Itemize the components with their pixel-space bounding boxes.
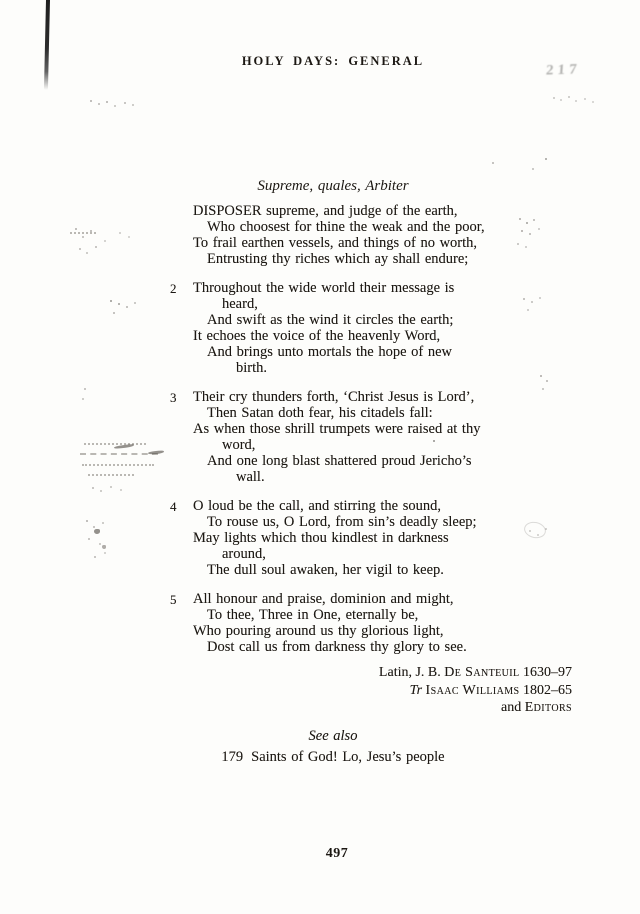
see-also-hymn-title: Saints of God! Lo, Jesu’s people — [251, 749, 444, 765]
verse-line: The dull soul awaken, her vigil to keep. — [193, 562, 523, 578]
verse-line: May lights which thou kindlest in darkne… — [193, 530, 523, 546]
verse-line: To frail earthen vessels, and things of … — [193, 235, 523, 251]
verse-line: Then Satan doth fear, his citadels fall: — [193, 405, 523, 421]
verse-line: Who pouring around us thy glorious light… — [193, 623, 523, 639]
attribution-dates: 1630–97 — [520, 665, 573, 680]
hymn-title: Supreme, quales, Arbiter — [26, 178, 640, 195]
attribution-line: Tr Isaac Williams 1802–65 — [379, 682, 572, 700]
scan-scuff — [82, 464, 154, 466]
page-number: 497 — [30, 846, 640, 862]
attribution-prefix: Latin, J. B. — [379, 665, 444, 680]
verse-line: As when those shrill trumpets were raise… — [193, 421, 523, 437]
verse: 2Throughout the wide world their message… — [193, 280, 523, 376]
verse-line: DISPOSER supreme, and judge of the earth… — [193, 203, 523, 219]
verse-line: Entrusting thy riches which ay shall end… — [193, 251, 523, 267]
verse-line: word, — [193, 437, 523, 453]
scan-blob — [102, 545, 106, 549]
scan-blob — [94, 529, 100, 534]
attribution-block: Latin, J. B. De Santeuil 1630–97Tr Isaac… — [379, 664, 572, 717]
verse-line: around, — [193, 546, 523, 562]
attribution-dates: 1802–65 — [520, 683, 573, 698]
verse-line: wall. — [193, 469, 523, 485]
translator-prefix: Tr — [410, 683, 426, 698]
verse-number: 2 — [170, 281, 177, 297]
verse: DISPOSER supreme, and judge of the earth… — [193, 203, 523, 267]
see-also-heading: See also — [26, 728, 640, 745]
verse-number: 3 — [170, 390, 177, 406]
verse-line: Their cry thunders forth, ‘Christ Jesus … — [193, 389, 523, 405]
scan-ink-streak — [44, 0, 50, 90]
stray-print-mark: 217 — [545, 61, 581, 79]
verse-line: It echoes the voice of the heavenly Word… — [193, 328, 523, 344]
verse-line: O loud be the call, and stirring the sou… — [193, 498, 523, 514]
scan-scuff — [88, 474, 134, 476]
attribution-line: and Editors — [379, 699, 572, 717]
verse-line: All honour and praise, dominion and migh… — [193, 591, 523, 607]
verse-line: Dost call us from darkness thy glory to … — [193, 639, 523, 655]
verse-line: Throughout the wide world their message … — [193, 280, 523, 296]
scan-scuff — [80, 453, 158, 455]
verse-line: And one long blast shattered proud Jeric… — [193, 453, 523, 469]
verse: 4O loud be the call, and stirring the so… — [193, 498, 523, 578]
verse-line: To thee, Three in One, eternally be, — [193, 607, 523, 623]
verse: 3Their cry thunders forth, ‘Christ Jesus… — [193, 389, 523, 485]
scan-arc-mark — [523, 520, 548, 540]
see-also-hymn-number: 179 — [221, 749, 243, 765]
hymnal-page: HOLY DAYS: GENERAL 217 Supreme, quales, … — [0, 0, 640, 914]
verse-line: And brings unto mortals the hope of new — [193, 344, 523, 360]
verse-number: 5 — [170, 592, 177, 608]
verse-line: Who choosest for thine the weak and the … — [193, 219, 523, 235]
verse-line: And swift as the wind it circles the ear… — [193, 312, 523, 328]
attribution-name: De Santeuil — [444, 665, 519, 680]
attribution-prefix: and — [501, 700, 525, 715]
attribution-line: Latin, J. B. De Santeuil 1630–97 — [379, 664, 572, 682]
see-also-section: See also 179Saints of God! Lo, Jesu’s pe… — [26, 728, 640, 766]
verse-line: heard, — [193, 296, 523, 312]
verse-line: birth. — [193, 360, 523, 376]
see-also-entry: 179Saints of God! Lo, Jesu’s people — [26, 749, 640, 766]
attribution-name: Editors — [525, 700, 572, 715]
attribution-name: Isaac Williams — [426, 683, 520, 698]
verse-number: 4 — [170, 499, 177, 515]
verse-line: To rouse us, O Lord, from sin’s deadly s… — [193, 514, 523, 530]
scan-scuff — [84, 443, 146, 445]
hymn-verses: DISPOSER supreme, and judge of the earth… — [193, 203, 523, 668]
scan-speckles — [0, 0, 2, 2]
verse: 5All honour and praise, dominion and mig… — [193, 591, 523, 655]
scan-scuff — [70, 232, 96, 234]
